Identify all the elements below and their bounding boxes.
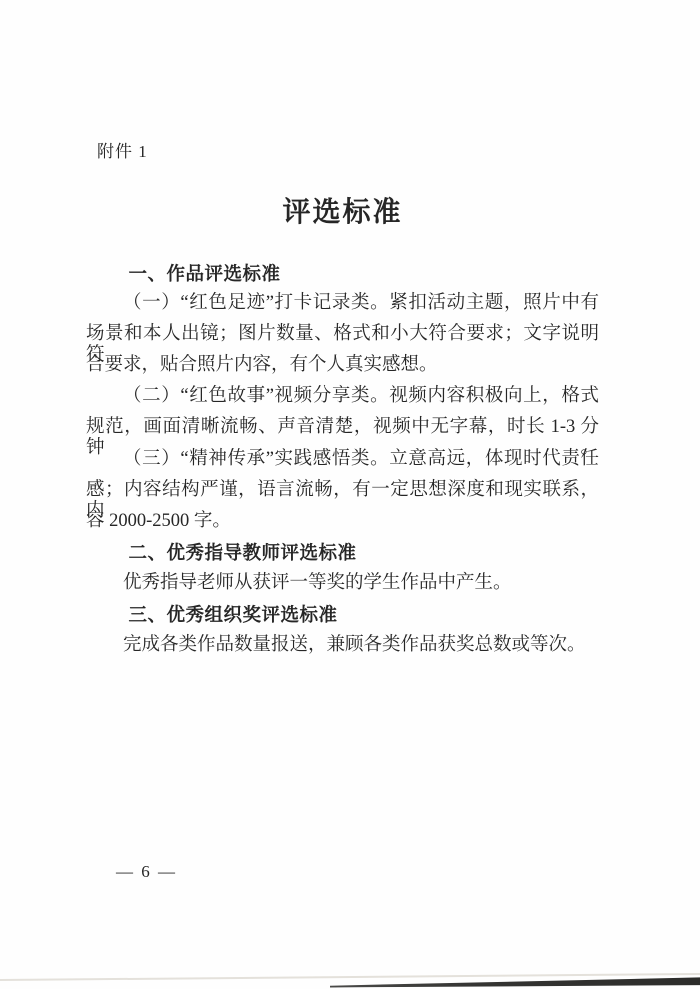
page-number: — 6 — <box>116 862 177 882</box>
body-line: （一）“红色足迹”打卡记录类。紧扣活动主题，照片中有 <box>86 293 599 314</box>
body-line: 完成各类作品数量报送，兼顾各类作品获奖总数或等次。 <box>86 635 599 656</box>
section-heading-3: 三、优秀组织奖评选标准 <box>86 604 642 625</box>
body-line: 优秀指导老师从获评一等奖的学生作品中产生。 <box>86 573 599 594</box>
body-line: 合要求，贴合照片内容，有个人真实感想。 <box>86 355 599 376</box>
section-heading-2: 二、优秀指导教师评选标准 <box>86 542 642 563</box>
document-title: 评选标准 <box>86 190 599 230</box>
body-line: （二）“红色故事”视频分享类。视频内容积极向上，格式 <box>86 386 599 407</box>
section-heading-1: 一、作品评选标准 <box>86 263 642 284</box>
scan-edge-shadow <box>330 977 700 988</box>
body-line: （三）“精神传承”实践感悟类。立意高远，体现时代责任 <box>86 449 599 470</box>
body-line: 容 2000-2500 字。 <box>86 511 599 532</box>
attachment-label: 附件 1 <box>97 137 148 162</box>
scanned-document-page: 附件 1 评选标准 一、作品评选标准 （一）“红色足迹”打卡记录类。紧扣活动主题… <box>0 0 700 989</box>
